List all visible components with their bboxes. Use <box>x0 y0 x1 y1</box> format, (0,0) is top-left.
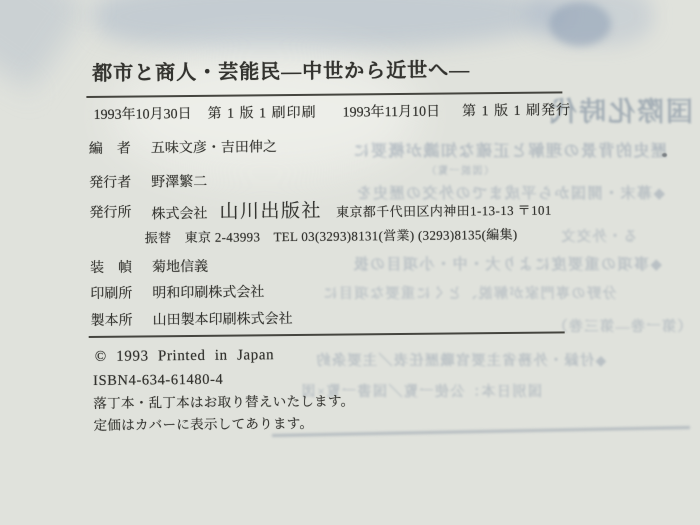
bookbinder-row: 製本所 山田製本印刷株式会社 <box>88 307 574 332</box>
bookbinder-name: 山田製本印刷株式会社 <box>152 310 292 331</box>
issue-date: 1993年11月10日 <box>342 104 440 123</box>
colophon: 都市と商人・芸能民―中世から近世へ― 1993年10月30日 第 1 版 1 刷… <box>86 51 576 435</box>
publisher-address: 東京都千代田区内神田1-13-13 〒101 <box>336 201 552 223</box>
divider-bottom <box>89 331 565 338</box>
publisher-row: 発行所 株式会社 山川出版社 東京都千代田区内神田1-13-13 〒101 <box>87 199 573 226</box>
publisher-person-name: 野澤繁二 <box>151 173 207 194</box>
publisher-value: 株式会社 山川出版社 東京都千代田区内神田1-13-13 〒101 <box>151 200 551 226</box>
printer-name: 明和印刷株式会社 <box>152 283 264 304</box>
editor-names: 五味文彦・吉田伸之 <box>151 138 277 159</box>
transfer-tel-info: 振替 東京 2-43993 TEL 03(3293)8131(営業) (3293… <box>145 225 518 249</box>
price-note: 定価はカバーに表示してあります。 <box>93 412 575 435</box>
binding-design-label: 装 幀 <box>90 259 136 279</box>
binding-design-row: 装 幀 菊地信義 <box>88 254 574 279</box>
edition-line: 1993年10月30日 第 1 版 1 刷印刷 1993年11月10日 第 1 … <box>86 102 572 125</box>
divider-top <box>86 91 562 98</box>
publisher-company: 株式会社 <box>151 205 207 226</box>
printer-row: 印刷所 明和印刷株式会社 <box>88 280 574 305</box>
print-date: 1993年10月30日 <box>93 106 191 125</box>
publisher-person-label: 発行者 <box>89 174 135 194</box>
printer-label: 印刷所 <box>90 285 136 305</box>
editor-label: 編 者 <box>89 140 135 160</box>
issue-label: 第 1 版 1 刷発行 <box>462 102 571 121</box>
print-label: 第 1 版 1 刷印刷 <box>207 105 316 124</box>
copyright-line: © 1993 Printed in Japan <box>95 343 575 367</box>
replacement-note: 落丁本・乱丁本はお取り替えいたします。 <box>93 390 575 413</box>
shadow-top-left <box>0 0 90 92</box>
publisher-person-row: 発行者 野澤繁二 <box>87 169 573 194</box>
publisher-label: 発行所 <box>89 204 135 226</box>
isbn-line: ISBN4-634-61480-4 <box>93 367 575 390</box>
bleed-wash-top-right <box>528 0 653 46</box>
bookbinder-label: 製本所 <box>90 312 136 332</box>
bleed-wash-top <box>95 0 565 50</box>
bleed-blob <box>549 2 611 46</box>
book-colophon-photo: 国際化時代 歴史的背景の理解と正確な知識が概要に （図説一覧） ◆幕末・開国から… <box>0 0 700 525</box>
binding-designer-name: 菊地信義 <box>152 258 208 279</box>
publisher-name: 山川出版社 <box>219 202 322 223</box>
editor-row: 編 者 五味文彦・吉田伸之 <box>87 135 573 160</box>
book-title: 都市と商人・芸能民―中世から近世へ― <box>92 57 572 86</box>
transfer-row: 振替 東京 2-43993 TEL 03(3293)8131(営業) (3293… <box>88 224 574 249</box>
